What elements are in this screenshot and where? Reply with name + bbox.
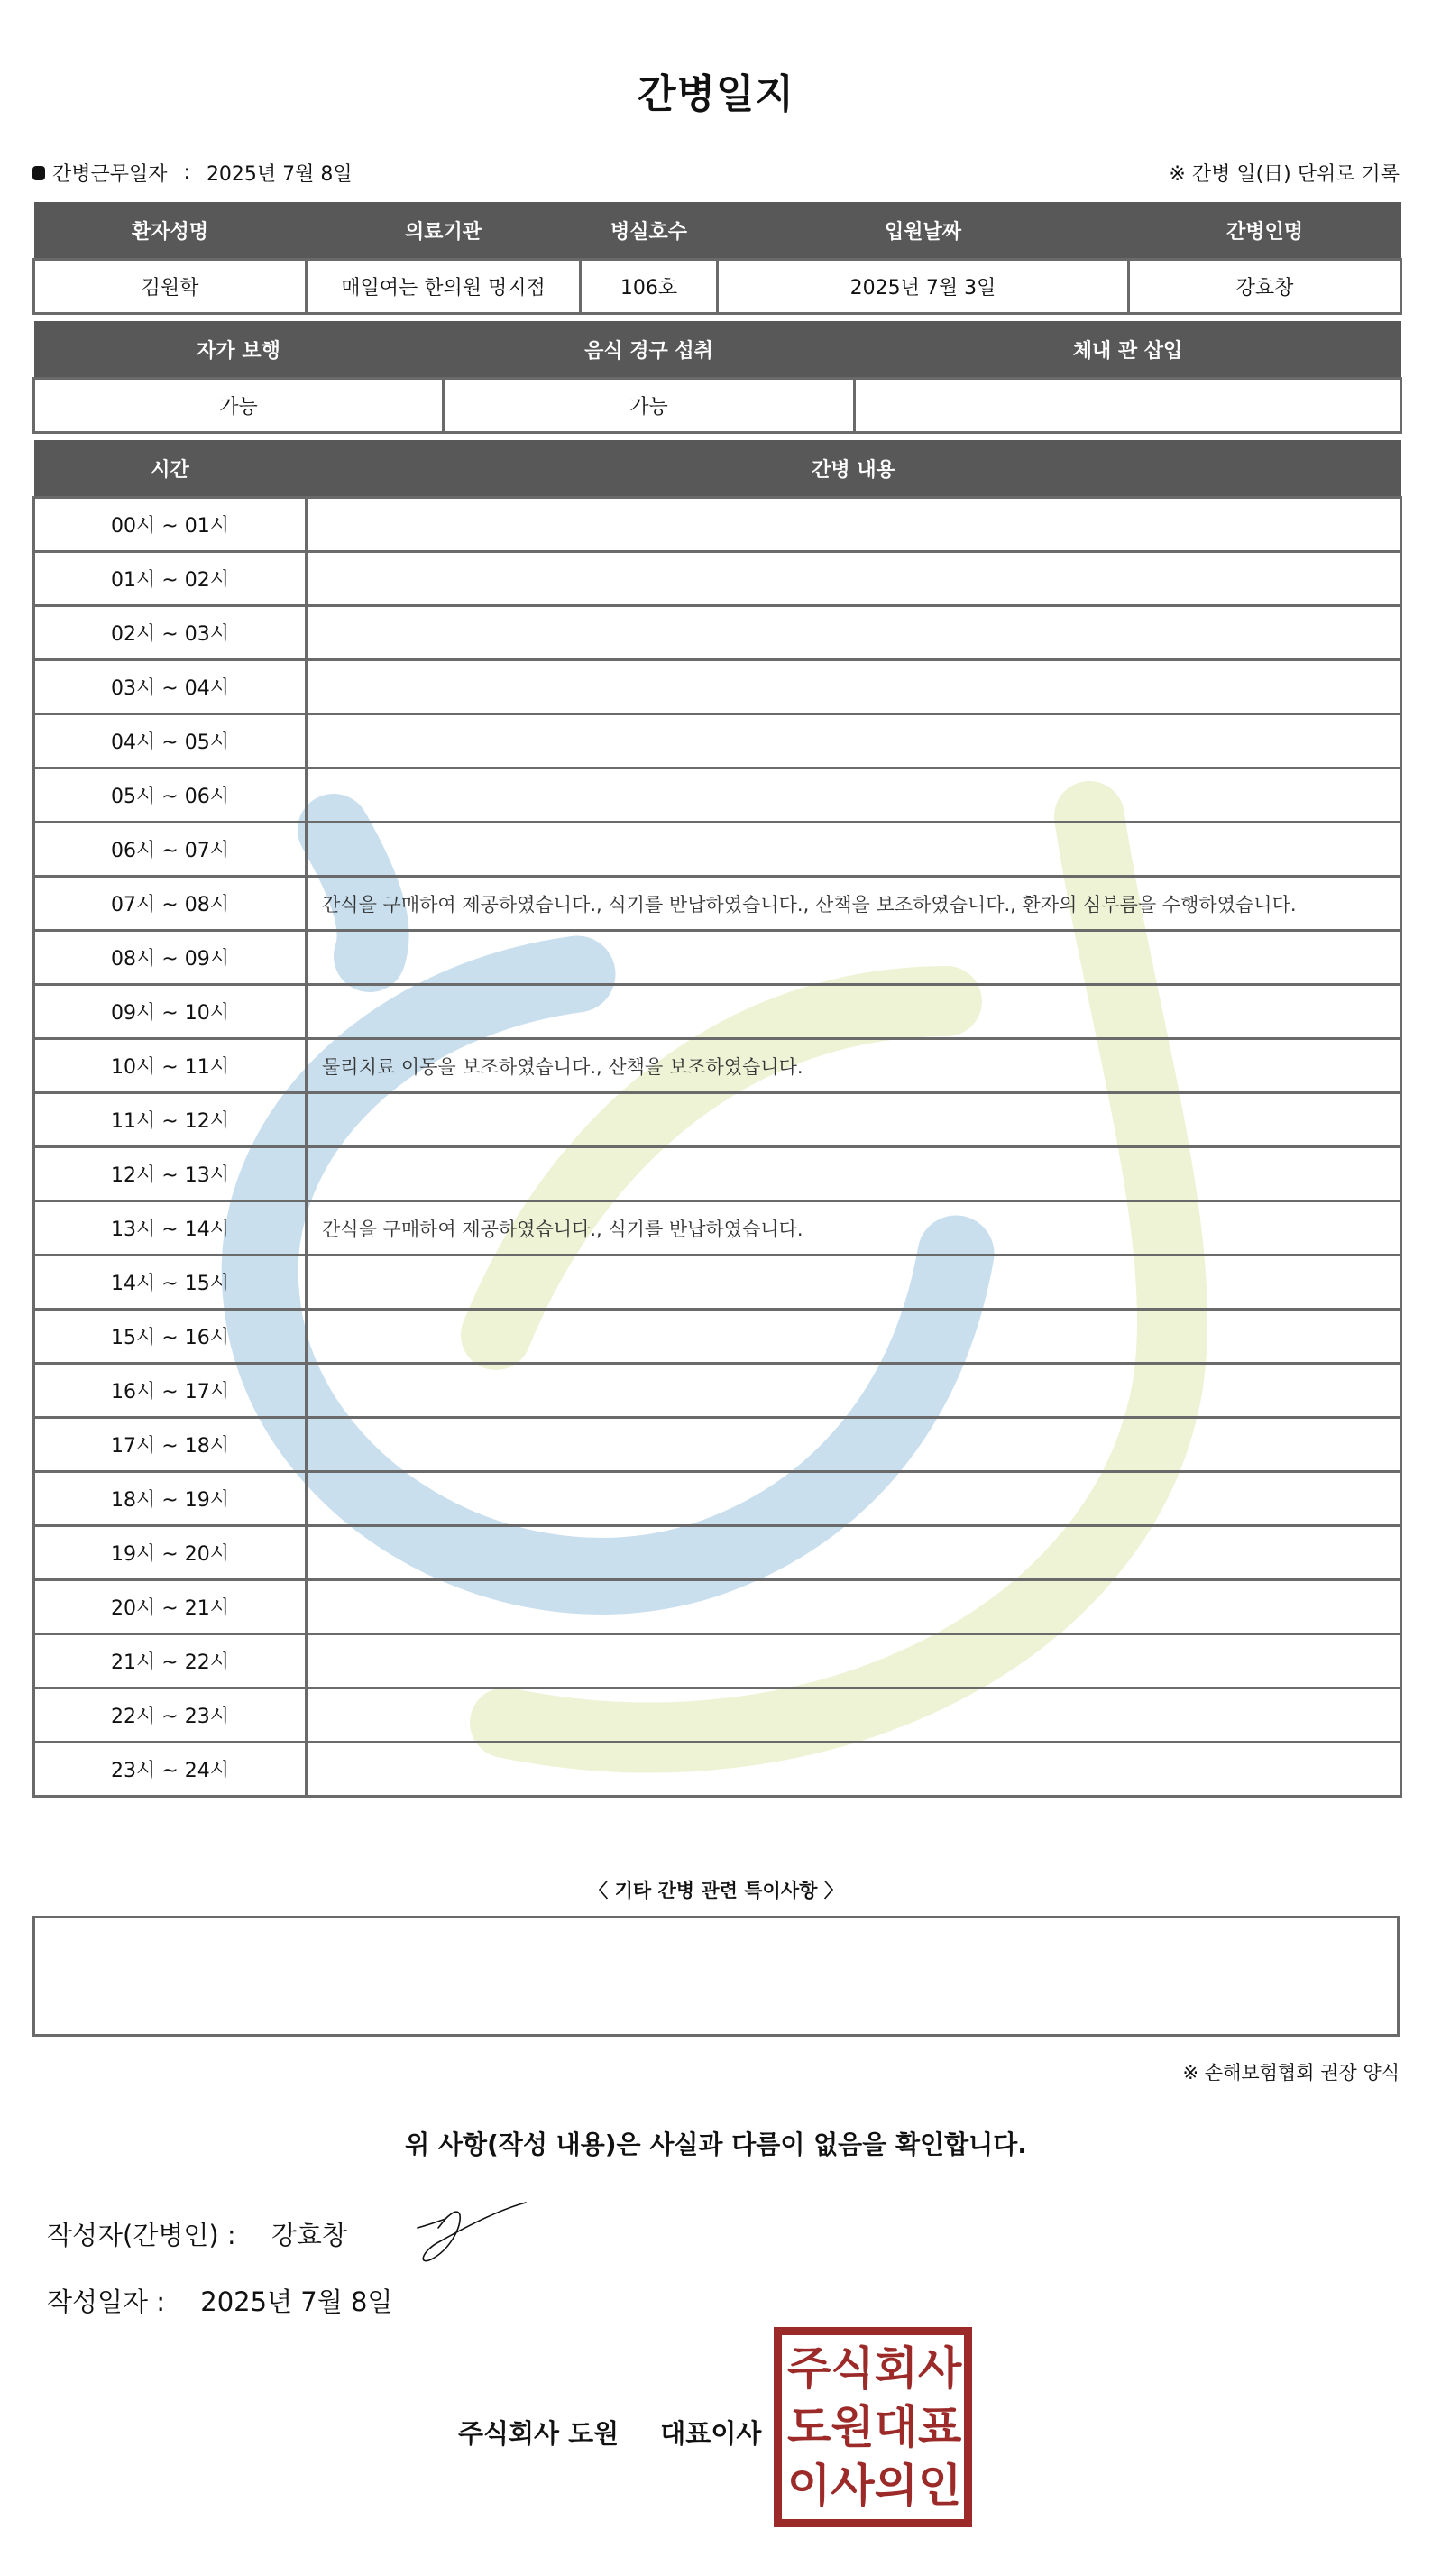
table-row: 08시 ~ 09시 bbox=[34, 931, 1401, 985]
table-row: 22시 ~ 23시 bbox=[34, 1688, 1401, 1743]
care-content-field[interactable] bbox=[307, 1310, 1401, 1364]
header-time: 시간 bbox=[34, 440, 307, 498]
seal-character: 주 bbox=[787, 2339, 831, 2397]
time-slot: 15시 ~ 16시 bbox=[34, 1310, 307, 1364]
time-slot: 10시 ~ 11시 bbox=[34, 1039, 307, 1093]
writer-label: 작성자(간병인) : bbox=[47, 2220, 236, 2250]
time-slot: 04시 ~ 05시 bbox=[34, 714, 307, 768]
table-row: 03시 ~ 04시 bbox=[34, 660, 1401, 714]
seal-character: 대 bbox=[875, 2397, 918, 2456]
header-admission-date: 입원날짜 bbox=[718, 202, 1129, 260]
time-slot: 01시 ~ 02시 bbox=[34, 552, 307, 606]
work-date-separator: : bbox=[184, 161, 190, 184]
table-row: 18시 ~ 19시 bbox=[34, 1472, 1401, 1526]
care-content-field[interactable] bbox=[307, 1472, 1401, 1526]
self-walking-field[interactable]: 가능 bbox=[34, 379, 444, 433]
table-row: 06시 ~ 07시 bbox=[34, 823, 1401, 877]
seal-character: 도 bbox=[787, 2397, 831, 2456]
time-slot: 08시 ~ 09시 bbox=[34, 931, 307, 985]
caregiver-name-field[interactable]: 강효창 bbox=[1129, 260, 1401, 314]
table-row: 05시 ~ 06시 bbox=[34, 768, 1401, 823]
table-row: 09시 ~ 10시 bbox=[34, 985, 1401, 1039]
remarks-title: 〈 기타 간병 관련 특이사항 〉 bbox=[0, 1876, 1432, 1903]
work-date-value: 2025년 7월 8일 bbox=[207, 159, 353, 187]
care-log-table: 시간 간병 내용 00시 ~ 01시01시 ~ 02시02시 ~ 03시03시 … bbox=[32, 440, 1402, 1798]
oral-intake-field[interactable]: 가능 bbox=[444, 379, 855, 433]
care-content-field[interactable] bbox=[307, 498, 1401, 552]
table-row: 17시 ~ 18시 bbox=[34, 1418, 1401, 1472]
written-date-value: 2025년 7월 8일 bbox=[200, 2286, 392, 2317]
care-content-field[interactable] bbox=[307, 931, 1401, 985]
company-name: 주식회사 도원 bbox=[458, 2418, 619, 2449]
work-date: 간병근무일자 : 2025년 7월 8일 bbox=[32, 159, 353, 187]
care-content-field[interactable] bbox=[307, 1093, 1401, 1147]
seal-character: 회 bbox=[875, 2339, 918, 2397]
seal-character: 원 bbox=[831, 2397, 874, 2456]
seal-character: 이 bbox=[787, 2457, 831, 2516]
table-row: 19시 ~ 20시 bbox=[34, 1526, 1401, 1580]
care-content-field[interactable]: 물리치료 이동을 보조하였습니다., 산책을 보조하였습니다. bbox=[307, 1039, 1401, 1093]
table-row: 13시 ~ 14시간식을 구매하여 제공하였습니다., 식기를 반납하였습니다. bbox=[34, 1201, 1401, 1256]
table-row: 21시 ~ 22시 bbox=[34, 1634, 1401, 1688]
writer-line: 작성자(간병인) : 강효창 bbox=[47, 2215, 347, 2252]
time-slot: 18시 ~ 19시 bbox=[34, 1472, 307, 1526]
care-content-field[interactable]: 간식을 구매하여 제공하였습니다., 식기를 반납하였습니다., 산책을 보조하… bbox=[307, 877, 1401, 931]
tube-insertion-field[interactable] bbox=[855, 379, 1401, 433]
time-slot: 06시 ~ 07시 bbox=[34, 823, 307, 877]
time-slot: 13시 ~ 14시 bbox=[34, 1201, 307, 1256]
time-slot: 19시 ~ 20시 bbox=[34, 1526, 307, 1580]
company-line: 주식회사 도원 대표이사 bbox=[458, 2414, 761, 2451]
table-row: 11시 ~ 12시 bbox=[34, 1093, 1401, 1147]
condition-info-values: 가능 가능 bbox=[34, 379, 1401, 433]
table-row: 07시 ~ 08시간식을 구매하여 제공하였습니다., 식기를 반납하였습니다.… bbox=[34, 877, 1401, 931]
care-content-field[interactable] bbox=[307, 552, 1401, 606]
time-slot: 02시 ~ 03시 bbox=[34, 606, 307, 660]
signature-icon bbox=[413, 2201, 530, 2268]
seal-character: 사 bbox=[831, 2457, 874, 2516]
table-row: 15시 ~ 16시 bbox=[34, 1310, 1401, 1364]
time-slot: 07시 ~ 08시 bbox=[34, 877, 307, 931]
page-title: 간병일지 bbox=[0, 61, 1432, 119]
care-content-field[interactable] bbox=[307, 823, 1401, 877]
table-row: 23시 ~ 24시 bbox=[34, 1743, 1401, 1797]
record-unit-note: ※ 간병 일(日) 단위로 기록 bbox=[1169, 159, 1400, 187]
care-content-field[interactable] bbox=[307, 1256, 1401, 1310]
care-content-field[interactable]: 간식을 구매하여 제공하였습니다., 식기를 반납하였습니다. bbox=[307, 1201, 1401, 1256]
table-row: 16시 ~ 17시 bbox=[34, 1364, 1401, 1418]
time-slot: 21시 ~ 22시 bbox=[34, 1634, 307, 1688]
time-slot: 09시 ~ 10시 bbox=[34, 985, 307, 1039]
header-institution: 의료기관 bbox=[307, 202, 581, 260]
header-oral-intake: 음식 경구 섭취 bbox=[444, 321, 855, 379]
condition-info-table: 자가 보행 음식 경구 섭취 체내 관 삽입 가능 가능 bbox=[32, 321, 1402, 434]
table-row: 04시 ~ 05시 bbox=[34, 714, 1401, 768]
header-room: 병실호수 bbox=[581, 202, 718, 260]
care-content-field[interactable] bbox=[307, 1147, 1401, 1201]
time-slot: 14시 ~ 15시 bbox=[34, 1256, 307, 1310]
written-date-label: 작성일자 : bbox=[47, 2286, 165, 2317]
care-content-field[interactable] bbox=[307, 985, 1401, 1039]
care-journal-page: 간병일지 간병근무일자 : 2025년 7월 8일 ※ 간병 일(日) 단위로 … bbox=[0, 0, 1432, 2576]
care-log-body: 00시 ~ 01시01시 ~ 02시02시 ~ 03시03시 ~ 04시04시 … bbox=[34, 498, 1401, 1797]
patient-info-values: 김원학 매일여는 한의원 명지점 106호 2025년 7월 3일 강효창 bbox=[34, 260, 1401, 314]
header-tube-insertion: 체내 관 삽입 bbox=[855, 321, 1401, 379]
seal-character: 인 bbox=[918, 2457, 961, 2516]
care-content-field[interactable] bbox=[307, 768, 1401, 823]
time-slot: 11시 ~ 12시 bbox=[34, 1093, 307, 1147]
time-slot: 17시 ~ 18시 bbox=[34, 1418, 307, 1472]
seal-character: 사 bbox=[918, 2339, 961, 2397]
care-content-field[interactable] bbox=[307, 660, 1401, 714]
time-slot: 12시 ~ 13시 bbox=[34, 1147, 307, 1201]
time-slot: 05시 ~ 06시 bbox=[34, 768, 307, 823]
seal-character: 표 bbox=[918, 2397, 961, 2456]
table-row: 20시 ~ 21시 bbox=[34, 1580, 1401, 1634]
remarks-field[interactable] bbox=[32, 1916, 1400, 2037]
header-patient-name: 환자성명 bbox=[34, 202, 307, 260]
admission-date-field[interactable]: 2025년 7월 3일 bbox=[718, 260, 1129, 314]
institution-field[interactable]: 매일여는 한의원 명지점 bbox=[307, 260, 581, 314]
confirmation-statement: 위 사항(작성 내용)은 사실과 다름이 없음을 확인합니다. bbox=[0, 2125, 1432, 2161]
table-row: 14시 ~ 15시 bbox=[34, 1256, 1401, 1310]
time-slot: 03시 ~ 04시 bbox=[34, 660, 307, 714]
table-row: 01시 ~ 02시 bbox=[34, 552, 1401, 606]
header-care-content: 간병 내용 bbox=[307, 440, 1401, 498]
care-content-field[interactable] bbox=[307, 1743, 1401, 1797]
time-slot: 23시 ~ 24시 bbox=[34, 1743, 307, 1797]
care-content-field[interactable] bbox=[307, 1580, 1401, 1634]
time-slot: 20시 ~ 21시 bbox=[34, 1580, 307, 1634]
care-content-field[interactable] bbox=[307, 1634, 1401, 1688]
bullet-icon bbox=[32, 166, 45, 180]
care-content-field[interactable] bbox=[307, 1688, 1401, 1743]
time-slot: 16시 ~ 17시 bbox=[34, 1364, 307, 1418]
representative-title: 대표이사 bbox=[660, 2418, 761, 2449]
writer-name: 강효창 bbox=[271, 2220, 347, 2250]
time-slot: 22시 ~ 23시 bbox=[34, 1688, 307, 1743]
care-content-field[interactable] bbox=[307, 1526, 1401, 1580]
patient-info-table: 환자성명 의료기관 병실호수 입원날짜 간병인명 김원학 매일여는 한의원 명지… bbox=[32, 202, 1402, 315]
care-log-header: 시간 간병 내용 bbox=[34, 440, 1401, 498]
work-date-label: 간병근무일자 bbox=[52, 159, 168, 187]
seal-character: 식 bbox=[831, 2339, 874, 2397]
table-row: 12시 ~ 13시 bbox=[34, 1147, 1401, 1201]
seal-character: 의 bbox=[875, 2457, 918, 2516]
seal-characters: 주식회사도원대표이사의인 bbox=[787, 2339, 959, 2516]
written-date-line: 작성일자 : 2025년 7월 8일 bbox=[47, 2282, 392, 2319]
table-row: 10시 ~ 11시물리치료 이동을 보조하였습니다., 산책을 보조하였습니다. bbox=[34, 1039, 1401, 1093]
room-field[interactable]: 106호 bbox=[581, 260, 718, 314]
table-row: 02시 ~ 03시 bbox=[34, 606, 1401, 660]
care-content-field[interactable] bbox=[307, 606, 1401, 660]
patient-info-header: 환자성명 의료기관 병실호수 입원날짜 간병인명 bbox=[34, 202, 1401, 260]
form-source-note: ※ 손해보험협회 권장 양식 bbox=[1183, 2058, 1400, 2085]
time-slot: 00시 ~ 01시 bbox=[34, 498, 307, 552]
company-seal-icon: 주식회사도원대표이사의인 bbox=[774, 2327, 972, 2527]
care-content-field[interactable] bbox=[307, 1418, 1401, 1472]
header-caregiver-name: 간병인명 bbox=[1129, 202, 1401, 260]
condition-info-header: 자가 보행 음식 경구 섭취 체내 관 삽입 bbox=[34, 321, 1401, 379]
care-content-field[interactable] bbox=[307, 1364, 1401, 1418]
care-content-field[interactable] bbox=[307, 714, 1401, 768]
table-row: 00시 ~ 01시 bbox=[34, 498, 1401, 552]
patient-name-field[interactable]: 김원학 bbox=[34, 260, 307, 314]
header-self-walking: 자가 보행 bbox=[34, 321, 444, 379]
